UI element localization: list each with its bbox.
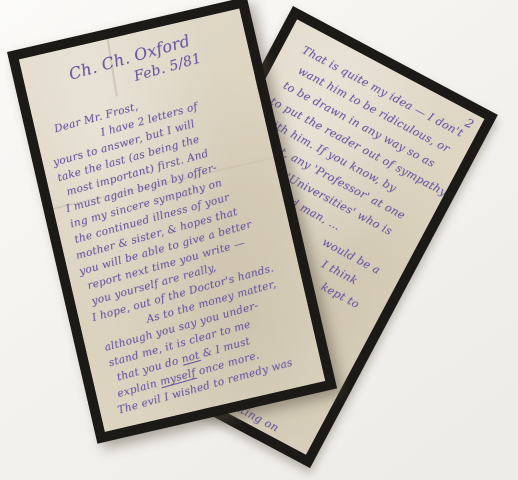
scan-background: 2 That is quite my idea — I don'twant hi… [0,0,518,480]
